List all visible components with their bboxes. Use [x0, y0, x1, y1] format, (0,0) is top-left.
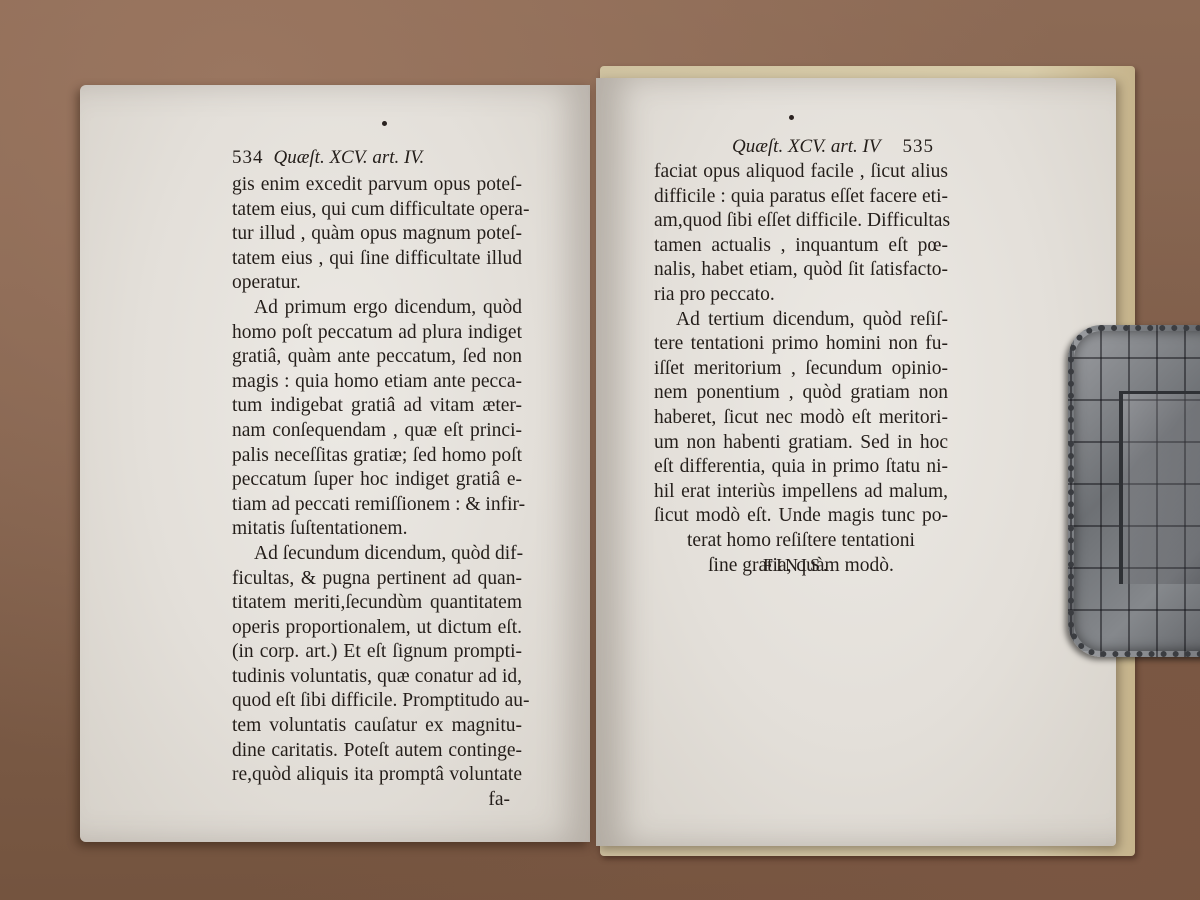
- text-line: palis neceſſitas gratiæ; ſed homo poſt: [232, 444, 522, 469]
- text-line: tum indigebat gratiâ ad vitam æter-: [232, 394, 522, 419]
- text-line: nam conſequendam , quæ eſt princi-: [232, 419, 522, 444]
- text-line: titatem meriti,ſecundùm quantitatem: [232, 591, 522, 616]
- text-line: iſſet meritorium , ſecundum opinio-: [654, 357, 948, 382]
- right-page-body: faciat opus aliquod facile , ſicut alius…: [654, 160, 948, 578]
- page-number: 535: [903, 136, 935, 157]
- text-line: (in corp. art.) Et eſt ſignum prompti-: [232, 640, 522, 665]
- left-page-header: 534Quæſt. XCV. art. IV.: [232, 147, 424, 169]
- text-line: tatem eius, qui cum difficultate opera-: [232, 198, 522, 223]
- text-line: Ad primum ergo dicendum, quòd: [232, 296, 522, 321]
- text-line: haberet, ſicut nec modò eſt meritori-: [654, 406, 948, 431]
- text-line: am,quod ſibi eſſet difficile. Difficulta…: [654, 209, 948, 234]
- text-line: peccatum ſuper hoc indiget gratiâ e-: [232, 468, 522, 493]
- metal-clasp: [1068, 325, 1200, 657]
- text-line: tudinis voluntatis, quæ conatur ad id,: [232, 665, 522, 690]
- text-line: nalis, habet etiam, quòd ſit ſatisfacto-: [654, 258, 948, 283]
- clasp-relief: [1119, 391, 1200, 584]
- text-line: tiam ad peccati remiſſionem : & infir-: [232, 493, 522, 518]
- text-line: mitatis ſuſtentationem.: [232, 517, 522, 542]
- text-line: difficile : quia paratus eſſet facere et…: [654, 185, 948, 210]
- right-page-header: Quæſt. XCV. art. IV535: [732, 136, 934, 158]
- text-line: tere tentationi primo homini non fu-: [654, 332, 948, 357]
- text-line: ſicut modò eſt. Unde magis tunc po-: [654, 504, 948, 529]
- left-page: 534Quæſt. XCV. art. IV. gis enim excedit…: [80, 85, 590, 842]
- text-line: tem voluntatis cauſatur ex magnitu-: [232, 714, 522, 739]
- text-line: homo poſt peccatum ad plura indiget: [232, 321, 522, 346]
- catchword: fa-: [232, 788, 522, 813]
- text-line: quod eſt ſibi difficile. Promptitudo au-: [232, 689, 522, 714]
- text-line: gis enim excedit parvum opus poteſ-: [232, 173, 522, 198]
- text-line: tatem eius , qui ſine difficultate illud: [232, 247, 522, 272]
- text-line: Ad tertium dicendum, quòd reſiſ-: [654, 308, 948, 333]
- text-line: tamen actualis , inquantum eſt pœ-: [654, 234, 948, 259]
- text-line: magis : quia homo etiam ante pecca-: [232, 370, 522, 395]
- text-line: dine caritatis. Poteſt autem continge-: [232, 739, 522, 764]
- text-line: terat homo reſiſtere tentationi: [654, 529, 948, 554]
- text-line: nem ponentium , quòd gratiam non: [654, 381, 948, 406]
- text-line: tur illud , quàm opus magnum poteſ-: [232, 222, 522, 247]
- right-page: Quæſt. XCV. art. IV535 faciat opus aliqu…: [596, 78, 1116, 846]
- text-line: Ad ſecundum dicendum, quòd dif-: [232, 542, 522, 567]
- text-line: gratiâ, quàm ante peccatum, ſed non: [232, 345, 522, 370]
- text-line: hil erat interiùs impellens ad malum,: [654, 480, 948, 505]
- text-line: operatur.: [232, 271, 522, 296]
- running-head: Quæſt. XCV. art. IV.: [274, 147, 425, 168]
- pinhole-mark: [789, 115, 794, 120]
- finis-colophon: FINIS.: [763, 555, 831, 576]
- text-line: re,quòd aliquis ita promptâ voluntate: [232, 763, 522, 788]
- pinhole-mark: [382, 121, 387, 126]
- left-page-body: gis enim excedit parvum opus poteſ- tate…: [232, 173, 522, 812]
- text-line: um non habenti gratiam. Sed in hoc: [654, 431, 948, 456]
- text-line: eſt differentia, quia in primo ſtatu ni-: [654, 455, 948, 480]
- text-line: operis proportionalem, ut dictum eſt.: [232, 616, 522, 641]
- text-line: ria pro peccato.: [654, 283, 948, 308]
- text-line: ficultas, & pugna pertinent ad quan-: [232, 567, 522, 592]
- running-head: Quæſt. XCV. art. IV: [732, 136, 881, 157]
- page-number: 534: [232, 147, 264, 168]
- text-line: faciat opus aliquod facile , ſicut alius: [654, 160, 948, 185]
